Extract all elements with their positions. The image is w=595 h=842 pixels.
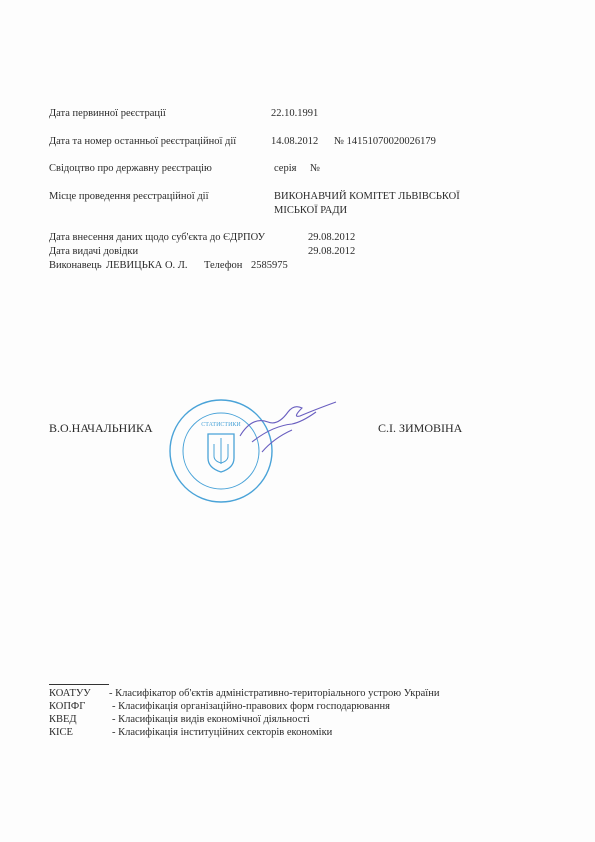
footnote-code: КОАТУУ <box>49 688 91 699</box>
edrpou-date-value: 29.08.2012 <box>308 232 355 243</box>
signer-position: В.О.НАЧАЛЬНИКА <box>49 421 153 436</box>
footnote-text: - Класифікація видів економічної діяльно… <box>112 714 310 725</box>
footnote-code: КІСЕ <box>49 727 73 738</box>
last-registration-date: 14.08.2012 <box>271 136 318 147</box>
certificate-number-label: № <box>310 163 320 174</box>
executor-name: ЛЕВИЦЬКА О. Л. <box>106 260 188 271</box>
footnote-text: - Класифікатор об'єктів адміністративно-… <box>109 688 439 699</box>
place-label: Місце проведення реєстраційної дії <box>49 191 209 202</box>
issue-date-value: 29.08.2012 <box>308 246 355 257</box>
footnote-code: КВЕД <box>49 714 77 725</box>
first-registration-value: 22.10.1991 <box>271 108 318 119</box>
handwritten-signature-icon <box>232 396 342 456</box>
last-registration-label: Дата та номер останньої реєстраційної ді… <box>49 136 236 147</box>
first-registration-label: Дата первинної реєстрації <box>49 108 166 119</box>
place-value-line1: ВИКОНАВЧИЙ КОМІТЕТ ЛЬВІВСЬКОЇ <box>274 191 460 202</box>
footnote-text: - Класифікація інституційних секторів ек… <box>112 727 332 738</box>
edrpou-date-label: Дата внесення даних щодо суб'єкта до ЄДР… <box>49 232 265 243</box>
phone-label: Телефон <box>204 260 242 271</box>
place-value-line2: МІСЬКОЇ РАДИ <box>274 205 347 216</box>
last-registration-number: № 14151070020026179 <box>334 136 436 147</box>
footnote-text: - Класифікація організаційно-правових фо… <box>112 701 390 712</box>
executor-label: Виконавець <box>49 260 102 271</box>
footnote-divider <box>49 684 109 685</box>
footnote-code: КОПФГ <box>49 701 85 712</box>
certificate-series-label: серія <box>274 163 296 174</box>
certificate-label: Свідоцтво про державну реєстрацію <box>49 163 212 174</box>
phone-value: 2585975 <box>251 260 288 271</box>
signer-name: С.І. ЗИМОВІНА <box>378 421 462 436</box>
issue-date-label: Дата видачі довідки <box>49 246 138 257</box>
